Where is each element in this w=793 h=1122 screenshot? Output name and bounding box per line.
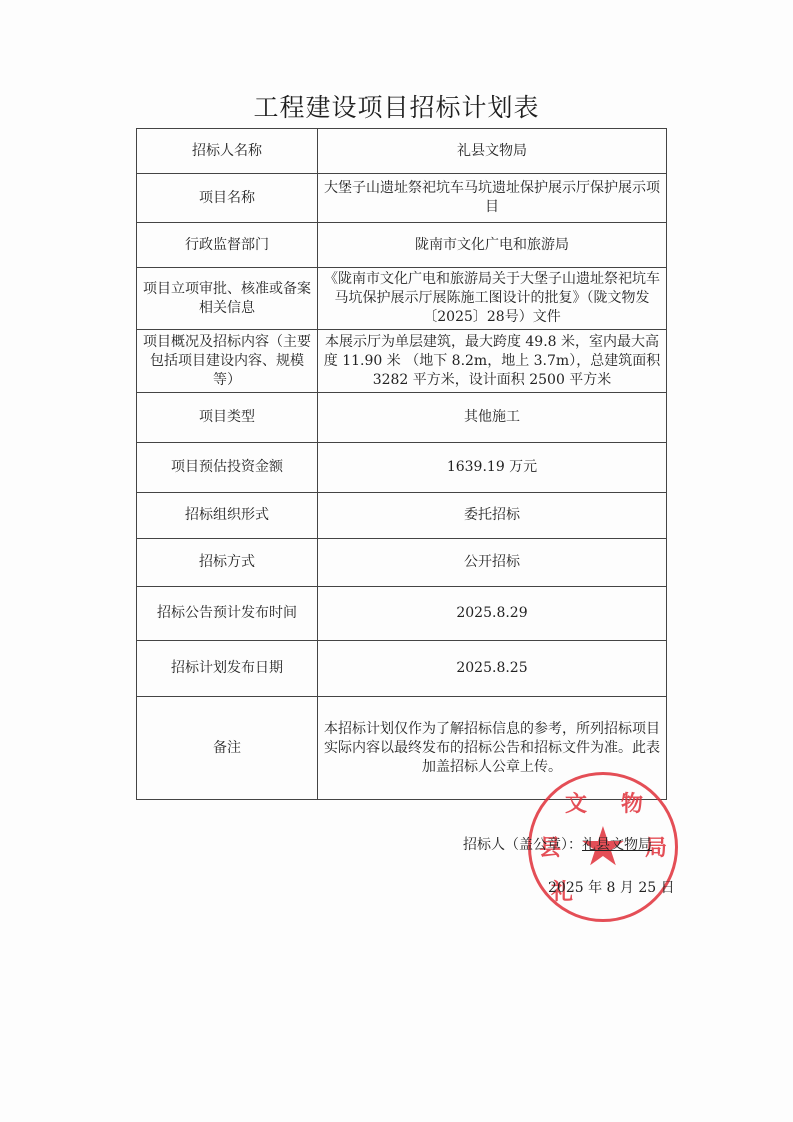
table-row: 招标公告预计发布时间 2025.8.29	[137, 587, 667, 641]
row-label: 项目概况及招标内容（主要包括项目建设内容、规模等）	[137, 330, 318, 393]
row-label: 招标方式	[137, 539, 318, 587]
row-value: 《陇南市文化广电和旅游局关于大堡子山遗址祭祀坑车马坑保护展示厅展陈施工图设计的批…	[318, 268, 667, 330]
row-label: 项目类型	[137, 393, 318, 443]
signature-organization: 礼县文物局	[582, 837, 652, 853]
row-label: 招标计划发布日期	[137, 641, 318, 697]
row-label: 备注	[137, 697, 318, 800]
row-label: 项目名称	[137, 174, 318, 223]
table-row: 项目类型 其他施工	[137, 393, 667, 443]
row-value: 大堡子山遗址祭祀坑车马坑遗址保护展示厅保护展示项目	[318, 174, 667, 223]
seal-char: 物	[621, 787, 643, 818]
row-value: 其他施工	[318, 393, 667, 443]
row-label: 行政监督部门	[137, 223, 318, 268]
row-value: 公开招标	[318, 539, 667, 587]
table-row: 项目立项审批、核准或备案相关信息 《陇南市文化广电和旅游局关于大堡子山遗址祭祀坑…	[137, 268, 667, 330]
row-value: 1639.19 万元	[318, 443, 667, 493]
table-row: 招标组织形式 委托招标	[137, 493, 667, 539]
row-value: 2025.8.25	[318, 641, 667, 697]
table-row: 招标人名称 礼县文物局	[137, 129, 667, 174]
table-row: 项目概况及招标内容（主要包括项目建设内容、规模等） 本展示厅为单层建筑，最大跨度…	[137, 330, 667, 393]
row-value: 2025.8.29	[318, 587, 667, 641]
signature-line: 招标人（盖公章）：礼县文物局	[463, 834, 652, 854]
seal-char: 文	[565, 787, 587, 818]
row-value: 委托招标	[318, 493, 667, 539]
table-row: 行政监督部门 陇南市文化广电和旅游局	[137, 223, 667, 268]
row-value: 本展示厅为单层建筑，最大跨度 49.8 米，室内最大高度 11.90 米 （地下…	[318, 330, 667, 393]
signature-date: 2025 年 8 月 25 日	[548, 877, 675, 897]
row-label: 招标组织形式	[137, 493, 318, 539]
table-row: 招标计划发布日期 2025.8.25	[137, 641, 667, 697]
signature-label: 招标人（盖公章）：	[463, 837, 582, 853]
table-row: 项目名称 大堡子山遗址祭祀坑车马坑遗址保护展示厅保护展示项目	[137, 174, 667, 223]
document-title: 工程建设项目招标计划表	[0, 88, 793, 124]
table-row: 招标方式 公开招标	[137, 539, 667, 587]
row-value: 礼县文物局	[318, 129, 667, 174]
row-label: 项目立项审批、核准或备案相关信息	[137, 268, 318, 330]
row-label: 招标人名称	[137, 129, 318, 174]
bidding-plan-table: 招标人名称 礼县文物局 项目名称 大堡子山遗址祭祀坑车马坑遗址保护展示厅保护展示…	[136, 128, 667, 800]
table-row: 项目预估投资金额 1639.19 万元	[137, 443, 667, 493]
row-label: 招标公告预计发布时间	[137, 587, 318, 641]
row-value: 陇南市文化广电和旅游局	[318, 223, 667, 268]
row-label: 项目预估投资金额	[137, 443, 318, 493]
